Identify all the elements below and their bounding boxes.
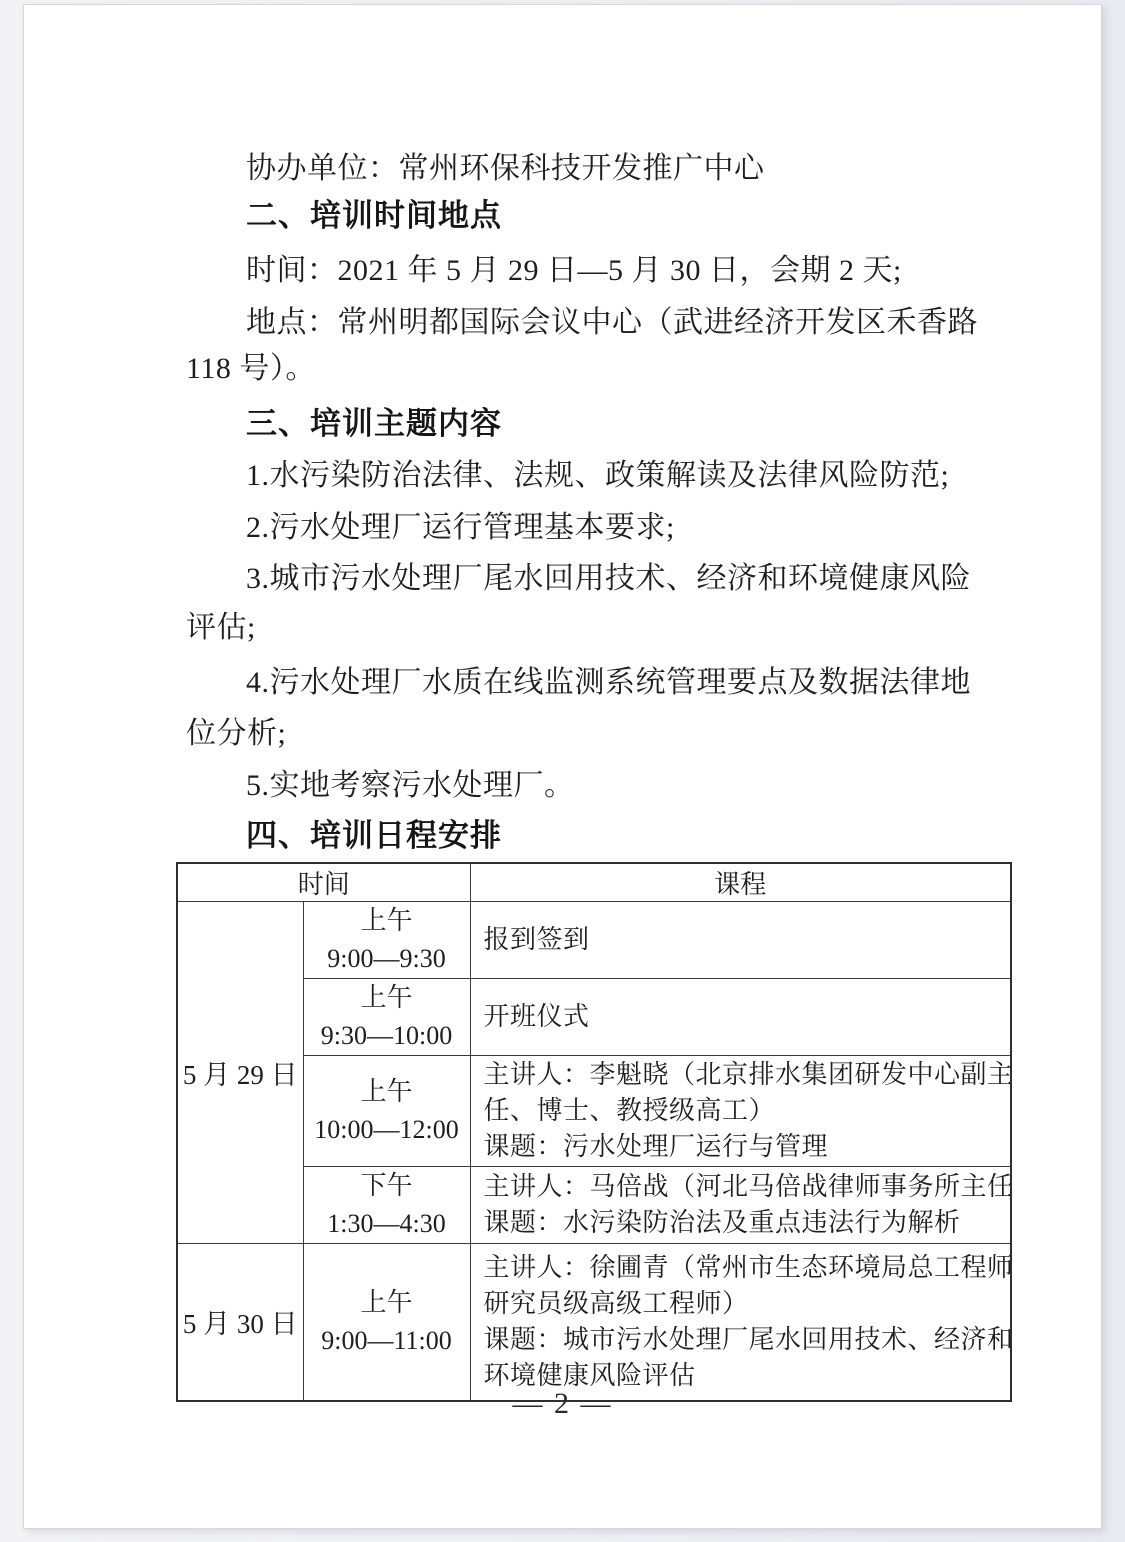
heading-section-4: 四、培训日程安排	[246, 814, 502, 858]
table-header-row: 时间 课程	[177, 863, 1011, 902]
line-training-location: 地点：常州明都国际会议中心（武进经济开发区禾香路	[246, 301, 978, 345]
line-topic-3: 3.城市污水处理厂尾水回用技术、经济和环境健康风险	[246, 557, 971, 601]
date-cell-may-30: 5 月 30 日	[177, 1244, 303, 1401]
document-canvas: 协办单位：常州环保科技开发推广中心 二、培训时间地点 时间：2021 年 5 月…	[0, 0, 1125, 1542]
course-line: 主讲人：李魁晓（北京排水集团研发中心副主	[471, 1057, 1011, 1093]
course-line: 主讲人：马倍战（河北马倍战律师事务所主任）	[471, 1169, 1011, 1205]
course-line: 开班仪式	[471, 999, 1011, 1035]
schedule-table: 时间 课程 5 月 29 日 上午 9:00—9:30 报到签到 上午	[176, 862, 1012, 1402]
session-4-time: 下午 1:30—4:30	[303, 1167, 470, 1244]
table-row: 5 月 30 日 上午 9:00—11:00 主讲人：徐圃青（常州市生态环境局总…	[177, 1244, 1011, 1401]
date-cell-may-29: 5 月 29 日	[177, 902, 303, 1244]
line-topic-5: 5.实地考察污水处理厂。	[246, 764, 575, 808]
page-number: — 2 —	[24, 1386, 1101, 1422]
table-row: 5 月 29 日 上午 9:00—9:30 报到签到	[177, 902, 1011, 979]
session-period: 下午	[304, 1167, 470, 1205]
course-line: 课题：污水处理厂运行与管理	[471, 1129, 1011, 1165]
session-time-range: 9:30—10:00	[304, 1017, 470, 1055]
table-header-course: 课程	[470, 863, 1011, 902]
session-time-range: 1:30—4:30	[304, 1205, 470, 1243]
line-coorganizer: 协办单位：常州环保科技开发推广中心	[246, 147, 765, 191]
session-period: 上午	[304, 1073, 470, 1111]
course-line: 课题：城市污水处理厂尾水回用技术、经济和	[471, 1322, 1011, 1358]
line-topic-4-continued: 位分析;	[186, 712, 286, 756]
line-location-continued: 118 号）。	[186, 347, 316, 391]
document-page: 协办单位：常州环保科技开发推广中心 二、培训时间地点 时间：2021 年 5 月…	[23, 4, 1102, 1529]
table-row: 下午 1:30—4:30 主讲人：马倍战（河北马倍战律师事务所主任） 课题：水污…	[177, 1167, 1011, 1244]
line-topic-4: 4.污水处理厂水质在线监测系统管理要点及数据法律地	[246, 661, 971, 705]
heading-section-3: 三、培训主题内容	[246, 402, 502, 446]
session-2-course: 开班仪式	[470, 979, 1011, 1056]
table-header-time: 时间	[177, 863, 470, 902]
session-4-course: 主讲人：马倍战（河北马倍战律师事务所主任） 课题：水污染防治法及重点违法行为解析	[470, 1167, 1011, 1244]
line-topic-2: 2.污水处理厂运行管理基本要求;	[246, 506, 675, 550]
table-row: 上午 10:00—12:00 主讲人：李魁晓（北京排水集团研发中心副主 任、博士…	[177, 1056, 1011, 1167]
session-1-time: 上午 9:00—9:30	[303, 902, 470, 979]
line-topic-1: 1.水污染防治法律、法规、政策解读及法律风险防范;	[246, 454, 949, 498]
session-2-time: 上午 9:30—10:00	[303, 979, 470, 1056]
course-line: 课题：水污染防治法及重点违法行为解析	[471, 1205, 1011, 1241]
course-line: 任、博士、教授级高工）	[471, 1093, 1011, 1129]
session-time-range: 10:00—12:00	[304, 1111, 470, 1149]
line-training-time: 时间：2021 年 5 月 29 日—5 月 30 日，会期 2 天;	[246, 249, 902, 293]
session-1-course: 报到签到	[470, 902, 1011, 979]
line-topic-3-continued: 评估;	[186, 606, 256, 650]
course-line: 报到签到	[471, 922, 1011, 958]
heading-section-2: 二、培训时间地点	[246, 194, 502, 238]
session-time-range: 9:00—9:30	[304, 940, 470, 978]
course-line: 研究员级高级工程师）	[471, 1286, 1011, 1322]
session-period: 上午	[304, 1284, 470, 1322]
session-3-time: 上午 10:00—12:00	[303, 1056, 470, 1167]
session-5-course: 主讲人：徐圃青（常州市生态环境局总工程师、 研究员级高级工程师） 课题：城市污水…	[470, 1244, 1011, 1401]
table-row: 上午 9:30—10:00 开班仪式	[177, 979, 1011, 1056]
session-3-course: 主讲人：李魁晓（北京排水集团研发中心副主 任、博士、教授级高工） 课题：污水处理…	[470, 1056, 1011, 1167]
session-time-range: 9:00—11:00	[304, 1322, 470, 1360]
session-5-time: 上午 9:00—11:00	[303, 1244, 470, 1401]
session-period: 上午	[304, 979, 470, 1017]
course-line: 主讲人：徐圃青（常州市生态环境局总工程师、	[471, 1250, 1011, 1286]
session-period: 上午	[304, 902, 470, 940]
